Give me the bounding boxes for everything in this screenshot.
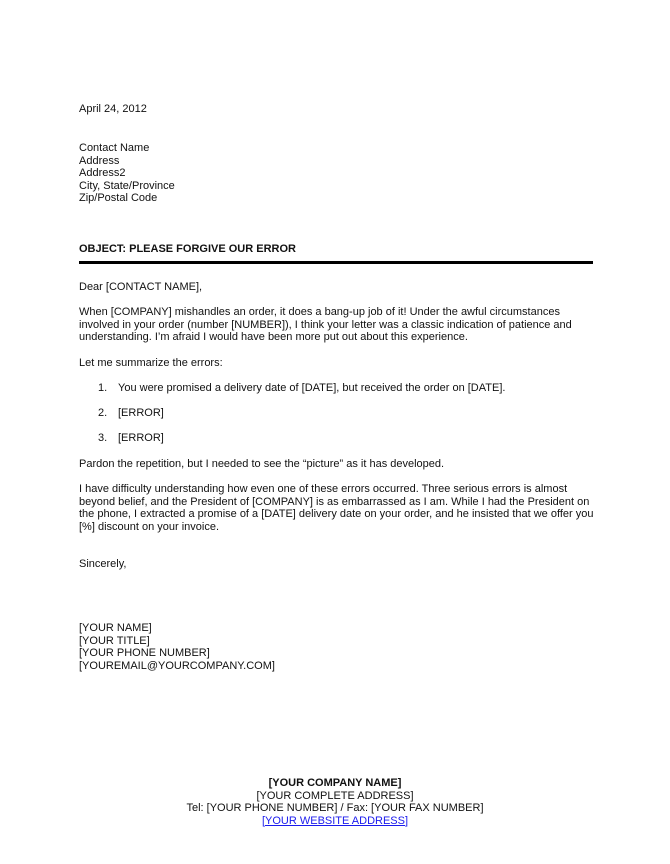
closing: Sincerely, <box>79 558 126 571</box>
list-text: You were promised a delivery date of [DA… <box>118 382 505 394</box>
signer-name: [YOUR NAME] <box>79 622 275 635</box>
recipient-zip: Zip/Postal Code <box>79 192 175 205</box>
signer-email: [YOUREMAIL@YOURCOMPANY.COM] <box>79 660 275 673</box>
body-paragraph-4: I have difficulty understanding how even… <box>79 483 599 533</box>
list-text: [ERROR] <box>118 407 164 419</box>
error-list-item: 1.You were promised a delivery date of [… <box>98 382 505 395</box>
list-number: 1. <box>98 382 118 395</box>
subject-divider <box>79 261 593 264</box>
list-number: 2. <box>98 407 118 420</box>
recipient-city-state: City, State/Province <box>79 180 175 193</box>
recipient-address-line-2: Address2 <box>79 167 175 180</box>
list-text: [ERROR] <box>118 432 164 444</box>
signer-title: [YOUR TITLE] <box>79 635 275 648</box>
salutation: Dear [CONTACT NAME], <box>79 281 202 294</box>
error-list-item: 3.[ERROR] <box>98 432 164 445</box>
footer-website-link[interactable]: [YOUR WEBSITE ADDRESS] <box>262 815 408 827</box>
letter-date: April 24, 2012 <box>79 103 147 116</box>
body-paragraph-2: Let me summarize the errors: <box>79 357 599 370</box>
recipient-address-line-1: Address <box>79 155 175 168</box>
signature-block: [YOUR NAME] [YOUR TITLE] [YOUR PHONE NUM… <box>79 622 275 672</box>
footer-contact: Tel: [YOUR PHONE NUMBER] / Fax: [YOUR FA… <box>0 802 670 815</box>
error-list-item: 2.[ERROR] <box>98 407 164 420</box>
footer-address: [YOUR COMPLETE ADDRESS] <box>0 790 670 803</box>
recipient-address: Contact Name Address Address2 City, Stat… <box>79 142 175 205</box>
recipient-name: Contact Name <box>79 142 175 155</box>
body-paragraph-1: When [COMPANY] mishandles an order, it d… <box>79 306 599 344</box>
body-paragraph-3: Pardon the repetition, but I needed to s… <box>79 458 599 471</box>
footer-company-name: [YOUR COMPANY NAME] <box>0 777 670 790</box>
page-footer: [YOUR COMPANY NAME] [YOUR COMPLETE ADDRE… <box>0 777 670 827</box>
letter-subject: OBJECT: PLEASE FORGIVE OUR ERROR <box>79 243 296 256</box>
list-number: 3. <box>98 432 118 445</box>
signer-phone: [YOUR PHONE NUMBER] <box>79 647 275 660</box>
